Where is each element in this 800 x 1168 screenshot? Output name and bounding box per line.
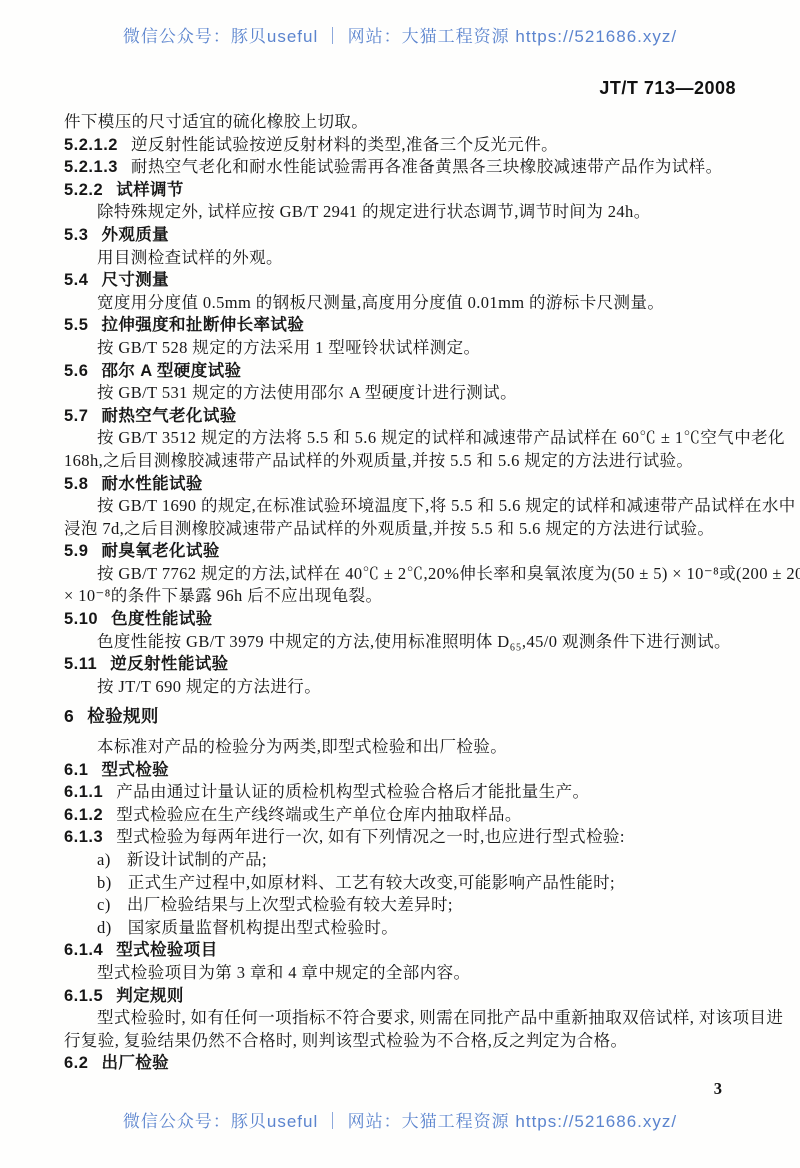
- line-text: 耐热空气老化和耐水性能试验需再各准备黄黑各三块橡胶减速带产品作为试样。: [131, 157, 723, 176]
- doc-line-5.3: 5.3外观质量: [64, 224, 742, 247]
- clause-number: 6.1.4: [64, 941, 103, 959]
- clause-number: 5.5: [64, 316, 88, 334]
- doc-line-0: 件下模压的尺寸适宜的硫化橡胶上切取。: [64, 111, 742, 134]
- clause-number: 5.6: [64, 362, 88, 380]
- doc-line-6.1.2: 6.1.2型式检验应在生产线终端或生产单位仓库内抽取样品。: [64, 804, 742, 827]
- doc-line-5.8: 5.8耐水性能试验: [64, 473, 742, 496]
- line-text: 宽度用分度值 0.5mm 的钢板尺测量,高度用分度值 0.01mm 的游标卡尺测…: [97, 293, 664, 312]
- doc-line-25: 按 JT/T 690 规定的方法进行。: [64, 676, 742, 699]
- doc-line-15: 168h,之后目测橡胶减速带产品试样的外观质量,并按 5.5 和 5.6 规定的…: [64, 450, 742, 473]
- clause-number: 5.4: [64, 271, 88, 289]
- standard-number: JT/T 713—2008: [599, 78, 736, 99]
- document-body: 件下模压的尺寸适宜的硫化橡胶上切取。5.2.1.2逆反射性能试验按逆反射材料的类…: [64, 111, 742, 1075]
- doc-line-6: 用目测检查试样的外观。: [64, 247, 742, 270]
- doc-line-6.1.1: 6.1.1产品由通过计量认证的质检机构型式检验合格后才能批量生产。: [64, 781, 742, 804]
- doc-line-14: 按 GB/T 3512 规定的方法将 5.5 和 5.6 规定的试样和减速带产品…: [64, 427, 742, 450]
- clause-number: d): [97, 918, 112, 937]
- line-text: 按 GB/T 1690 的规定,在标准试验环境温度下,将 5.5 和 5.6 规…: [97, 496, 796, 515]
- doc-line-6: 6检验规则: [64, 705, 742, 728]
- clause-number: 6.1.1: [64, 783, 103, 801]
- clause-number: 5.3: [64, 226, 88, 244]
- line-text: 色度性能试验: [111, 610, 212, 628]
- line-text: 产品由通过计量认证的质检机构型式检验合格后才能批量生产。: [116, 782, 589, 801]
- doc-line-6.1: 6.1型式检验: [64, 759, 742, 782]
- doc-line-5.4: 5.4尺寸测量: [64, 269, 742, 292]
- line-text: 型式检验项目: [116, 941, 217, 959]
- doc-line-5.10: 5.10色度性能试验: [64, 608, 742, 631]
- line-text: 件下模压的尺寸适宜的硫化橡胶上切取。: [64, 112, 368, 131]
- doc-line-37: 型式检验项目为第 3 章和 4 章中规定的全部内容。: [64, 962, 742, 985]
- clause-number: 6.1: [64, 761, 88, 779]
- doc-line-d: d)国家质量监督机构提出型式检验时。: [64, 917, 742, 940]
- line-text: 尺寸测量: [101, 271, 169, 289]
- doc-line-20: 按 GB/T 7762 规定的方法,试样在 40℃ ± 2℃,20%伸长率和臭氧…: [64, 563, 742, 586]
- clause-number: 5.2.1.3: [64, 158, 118, 176]
- line-text: 按 GB/T 7762 规定的方法,试样在 40℃ ± 2℃,20%伸长率和臭氧…: [97, 564, 800, 583]
- clause-number: 5.2.1.2: [64, 136, 118, 154]
- line-text: 型式检验: [101, 761, 169, 779]
- clause-number: 5.9: [64, 542, 88, 560]
- doc-line-40: 行复验, 复验结果仍然不合格时, 则判该型式检验为不合格,反之判定为合格。: [64, 1030, 742, 1053]
- line-text: 耐热空气老化试验: [101, 407, 236, 425]
- line-text: 按 GB/T 531 规定的方法使用邵尔 A 型硬度计进行测试。: [97, 383, 517, 402]
- clause-number: 5.7: [64, 407, 88, 425]
- clause-number: 6: [64, 706, 74, 726]
- doc-line-5.2.1.3: 5.2.1.3耐热空气老化和耐水性能试验需再各准备黄黑各三块橡胶减速带产品作为试…: [64, 156, 742, 179]
- line-text: 出厂检验结果与上次型式检验有较大差异时;: [127, 895, 453, 914]
- document-page: 微信公众号：豚贝useful ｜ 网站：大猫工程资源 https://52168…: [0, 0, 800, 1168]
- doc-line-6.1.3: 6.1.3型式检验为每两年进行一次, 如有下列情况之一时,也应进行型式检验:: [64, 826, 742, 849]
- line-text: 拉伸强度和扯断伸长率试验: [101, 316, 304, 334]
- doc-line-6.1.4: 6.1.4型式检验项目: [64, 939, 742, 962]
- doc-line-8: 宽度用分度值 0.5mm 的钢板尺测量,高度用分度值 0.01mm 的游标卡尺测…: [64, 292, 742, 315]
- line-text: 浸泡 7d,之后目测橡胶减速带产品试样的外观质量,并按 5.5 和 5.6 规定…: [64, 519, 714, 538]
- line-text: 本标准对产品的检验分为两类,即型式检验和出厂检验。: [97, 737, 507, 756]
- doc-line-39: 型式检验时, 如有任何一项指标不符合要求, 则需在同批产品中重新抽取双倍试样, …: [64, 1007, 742, 1030]
- clause-number: 6.1.3: [64, 828, 103, 846]
- line-text: 正式生产过程中,如原材料、工艺有较大改变,可能影响产品性能时;: [128, 873, 615, 892]
- doc-line-5.11: 5.11逆反射性能试验: [64, 653, 742, 676]
- doc-line-6.1.5: 6.1.5判定规则: [64, 985, 742, 1008]
- line-text: 国家质量监督机构提出型式检验时。: [128, 918, 398, 937]
- line-text: 除特殊规定外, 试样应按 GB/T 2941 的规定进行状态调节,调节时间为 2…: [97, 202, 651, 221]
- clause-number: 5.10: [64, 610, 98, 628]
- clause-number: 6.1.5: [64, 987, 103, 1005]
- doc-line-a: a)新设计试制的产品;: [64, 849, 742, 872]
- doc-line-5.2.1.2: 5.2.1.2逆反射性能试验按逆反射材料的类型,准备三个反光元件。: [64, 134, 742, 157]
- doc-line-12: 按 GB/T 531 规定的方法使用邵尔 A 型硬度计进行测试。: [64, 382, 742, 405]
- doc-line-5.2.2: 5.2.2试样调节: [64, 179, 742, 202]
- line-text: 出厂检验: [101, 1054, 169, 1072]
- line-text: 按 GB/T 3512 规定的方法将 5.5 和 5.6 规定的试样和减速带产品…: [97, 428, 785, 447]
- footer-watermark: 微信公众号：豚贝useful ｜ 网站：大猫工程资源 https://52168…: [0, 1107, 800, 1132]
- line-text: 型式检验应在生产线终端或生产单位仓库内抽取样品。: [116, 805, 522, 824]
- line-text: × 10⁻⁸的条件下暴露 96h 后不应出现龟裂。: [64, 586, 382, 605]
- line-text: 行复验, 复验结果仍然不合格时, 则判该型式检验为不合格,反之判定为合格。: [64, 1031, 627, 1050]
- line-text: 邵尔 A 型硬度试验: [101, 362, 241, 380]
- line-text: 型式检验时, 如有任何一项指标不符合要求, 则需在同批产品中重新抽取双倍试样, …: [97, 1008, 783, 1027]
- line-text: 试样调节: [116, 181, 184, 199]
- doc-line-27: 本标准对产品的检验分为两类,即型式检验和出厂检验。: [64, 736, 742, 759]
- doc-line-5.5: 5.5拉伸强度和扯断伸长率试验: [64, 314, 742, 337]
- line-text: 耐臭氧老化试验: [101, 542, 219, 560]
- doc-line-5.7: 5.7耐热空气老化试验: [64, 405, 742, 428]
- doc-line-b: b)正式生产过程中,如原材料、工艺有较大改变,可能影响产品性能时;: [64, 872, 742, 895]
- doc-line-18: 浸泡 7d,之后目测橡胶减速带产品试样的外观质量,并按 5.5 和 5.6 规定…: [64, 518, 742, 541]
- line-text: 逆反射性能试验按逆反射材料的类型,准备三个反光元件。: [131, 135, 558, 154]
- line-text: 型式检验项目为第 3 章和 4 章中规定的全部内容。: [97, 963, 470, 982]
- clause-number: 5.8: [64, 475, 88, 493]
- line-text: 逆反射性能试验: [110, 655, 228, 673]
- doc-line-21: × 10⁻⁸的条件下暴露 96h 后不应出现龟裂。: [64, 585, 742, 608]
- doc-line-10: 按 GB/T 528 规定的方法采用 1 型哑铃状试样测定。: [64, 337, 742, 360]
- clause-number: 6.1.2: [64, 806, 103, 824]
- line-text: 耐水性能试验: [101, 475, 202, 493]
- line-text: 新设计试制的产品;: [127, 850, 267, 869]
- doc-line-5.6: 5.6邵尔 A 型硬度试验: [64, 360, 742, 383]
- clause-number: 5.2.2: [64, 181, 103, 199]
- header-watermark: 微信公众号：豚贝useful ｜ 网站：大猫工程资源 https://52168…: [0, 22, 800, 47]
- line-text: 用目测检查试样的外观。: [97, 248, 283, 267]
- clause-number: 6.2: [64, 1054, 88, 1072]
- line-text: 按 JT/T 690 规定的方法进行。: [97, 677, 321, 696]
- clause-number: b): [97, 873, 112, 892]
- doc-line-5.9: 5.9耐臭氧老化试验: [64, 540, 742, 563]
- line-text: 色度性能按 GB/T 3979 中规定的方法,使用标准照明体 D₆₅,45/0 …: [97, 632, 731, 651]
- line-text: 检验规则: [87, 706, 159, 726]
- clause-number: c): [97, 895, 111, 914]
- line-text: 判定规则: [116, 987, 184, 1005]
- line-text: 型式检验为每两年进行一次, 如有下列情况之一时,也应进行型式检验:: [116, 827, 625, 846]
- doc-line-6.2: 6.2出厂检验: [64, 1052, 742, 1075]
- line-text: 外观质量: [101, 226, 169, 244]
- line-text: 168h,之后目测橡胶减速带产品试样的外观质量,并按 5.5 和 5.6 规定的…: [64, 451, 693, 470]
- doc-line-17: 按 GB/T 1690 的规定,在标准试验环境温度下,将 5.5 和 5.6 规…: [64, 495, 742, 518]
- doc-line-c: c)出厂检验结果与上次型式检验有较大差异时;: [64, 894, 742, 917]
- line-text: 按 GB/T 528 规定的方法采用 1 型哑铃状试样测定。: [97, 338, 480, 357]
- page-number: 3: [714, 1079, 722, 1099]
- clause-number: a): [97, 850, 111, 869]
- clause-number: 5.11: [64, 655, 97, 673]
- doc-line-4: 除特殊规定外, 试样应按 GB/T 2941 的规定进行状态调节,调节时间为 2…: [64, 201, 742, 224]
- doc-line-23: 色度性能按 GB/T 3979 中规定的方法,使用标准照明体 D₆₅,45/0 …: [64, 631, 742, 654]
